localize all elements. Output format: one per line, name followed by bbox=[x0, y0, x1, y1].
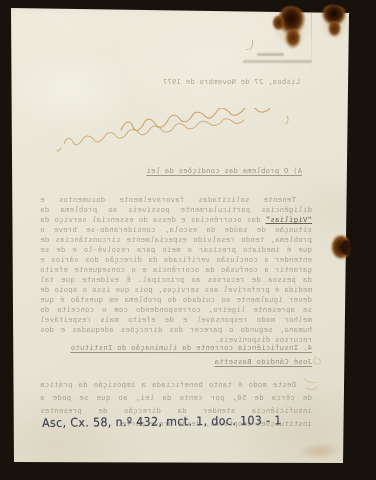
paper-sheet: Lisboa, 27 de Novembro de 1977 A) O prob… bbox=[0, 0, 376, 480]
margin-squiggle bbox=[296, 352, 322, 396]
letterhead-mark bbox=[246, 40, 253, 50]
archival-reference-annotation: Asc, Cx. 58, n.º 432, mct. 1, doc. 103 -… bbox=[42, 413, 282, 430]
stain-right-edge-dark bbox=[341, 240, 352, 255]
signature-bleed bbox=[55, 108, 305, 156]
highlighted-word: “Vigílias” bbox=[266, 215, 312, 224]
section-heading-bleed: A) O problema das condições da lei bbox=[120, 166, 302, 175]
stain-top-left-lobe bbox=[271, 15, 285, 32]
scanned-document: Lisboa, 27 de Novembro de 1977 A) O prob… bbox=[0, 0, 376, 480]
item-heading-bleed: 4. Insuficiência corrente da iluminação … bbox=[52, 341, 312, 369]
paragraph-1-part: Tenente solicitadas favoravelmente docum… bbox=[40, 195, 312, 214]
paragraph-1-bleed: Tenente solicitadas favoravelmente docum… bbox=[40, 195, 312, 345]
corner-smudge bbox=[296, 442, 345, 459]
paragraph-1-part: das ocorrências e dessa do essencial ser… bbox=[40, 215, 312, 344]
letterhead-trace bbox=[243, 60, 312, 63]
date-line-bleed: Lisboa, 27 de Novembro de 1977 bbox=[125, 77, 300, 86]
diagonal-crease bbox=[45, 10, 119, 72]
